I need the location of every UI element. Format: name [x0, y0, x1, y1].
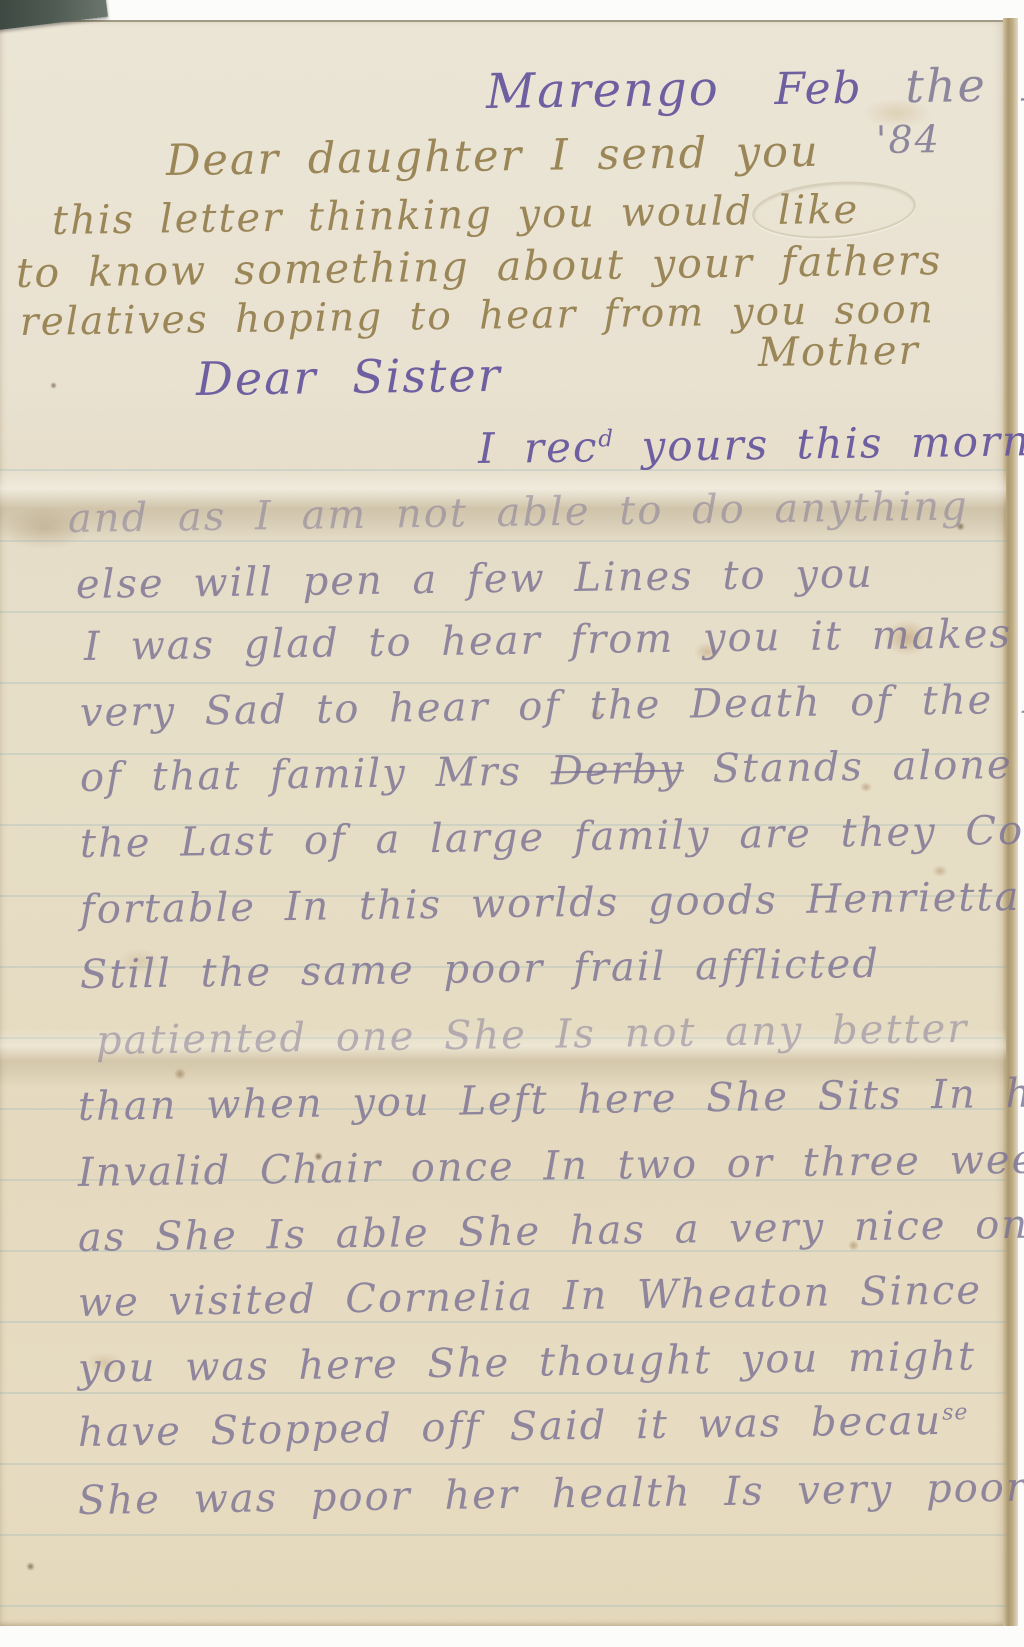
- dateline: Marengo Feb the 11th: [486, 55, 1024, 120]
- body-line-1-post: yours this morning: [614, 415, 1024, 471]
- body-line-6-post: Stands alone: [684, 742, 1013, 793]
- body-line-1-sup: d: [598, 426, 614, 452]
- scanned-letter-page: Marengo Feb the 11th '84 Dear daughter I…: [0, 0, 1024, 1647]
- dateline-day: the 11th: [905, 56, 1024, 113]
- body-line-6-strike: Derby: [551, 747, 685, 795]
- dateline-year: '84: [876, 117, 941, 162]
- body-line-6-pre: of that family Mrs: [80, 748, 551, 801]
- salutation: Dear Sister: [196, 348, 502, 406]
- dateline-place: Marengo: [486, 61, 720, 120]
- dateline-month: Feb: [774, 63, 863, 115]
- body-line-1-pre: I rec: [478, 422, 599, 473]
- body-line-16-sup: se: [942, 1400, 969, 1425]
- note-line-1: Dear daughter I send you: [166, 127, 820, 186]
- body-line-1: I recd yours this morning: [478, 415, 1024, 473]
- note-signature: Mother: [758, 328, 920, 376]
